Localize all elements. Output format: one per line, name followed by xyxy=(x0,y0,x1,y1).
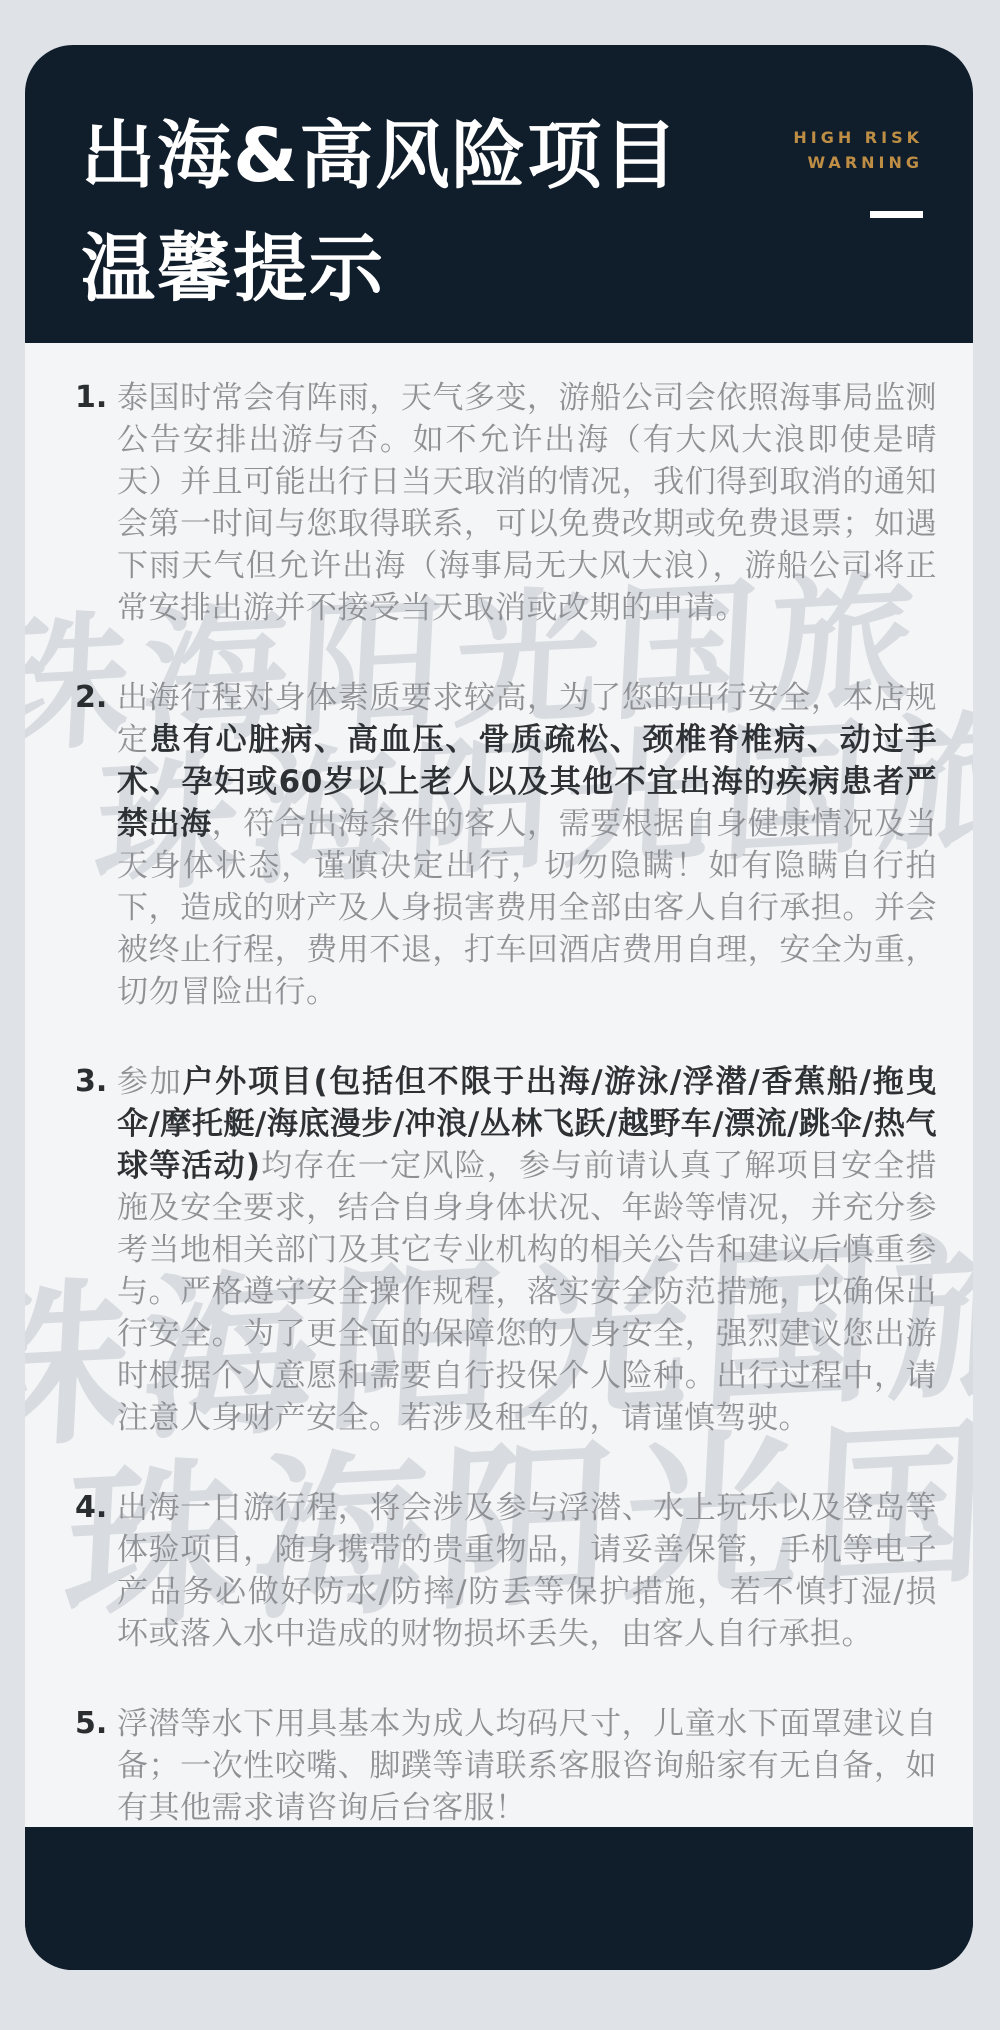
high-risk-badge: HIGH RISK WARNING xyxy=(793,125,923,175)
item-number: 1. xyxy=(75,377,107,419)
item-text-regular: 出海一日游行程，将会涉及参与浮潜、水上玩乐以及登岛等体验项目，随身携带的贵重物品… xyxy=(117,1490,937,1652)
item-number: 2. xyxy=(75,677,107,719)
item-text: 浮潜等水下用具基本为成人均码尺寸，儿童水下面罩建议自备；一次性咬嘴、脚蹼等请联系… xyxy=(117,1703,937,1827)
badge-line-1: HIGH RISK xyxy=(793,125,923,150)
item-text-regular: 参加 xyxy=(117,1064,182,1100)
item-text: 出海一日游行程，将会涉及参与浮潜、水上玩乐以及登岛等体验项目，随身携带的贵重物品… xyxy=(117,1487,937,1655)
notice-item: 4.出海一日游行程，将会涉及参与浮潜、水上玩乐以及登岛等体验项目，随身携带的贵重… xyxy=(25,1487,973,1655)
item-text-regular: ，符合出海条件的客人，需要根据自身健康情况及当天身体状态，谨慎决定出行，切勿隐瞒… xyxy=(117,806,937,1010)
item-text-regular: 浮潜等水下用具基本为成人均码尺寸，儿童水下面罩建议自备；一次性咬嘴、脚蹼等请联系… xyxy=(117,1706,937,1826)
header-dash xyxy=(870,211,923,218)
badge-line-2: WARNING xyxy=(793,150,923,175)
notice-item: 2.出海行程对身体素质要求较高，为了您的出行安全，本店规定患有心脏病、高血压、骨… xyxy=(25,677,973,1013)
notice-item: 3.参加户外项目(包括但不限于出海/游泳/浮潜/香蕉船/拖曳伞/摩托艇/海底漫步… xyxy=(25,1061,973,1439)
item-number: 5. xyxy=(75,1703,107,1745)
page-title: 出海&高风险项目 温馨提示 xyxy=(81,100,680,326)
item-text: 泰国时常会有阵雨，天气多变，游船公司会依照海事局监测公告安排出游与否。如不允许出… xyxy=(117,377,937,629)
notice-card: 出海&高风险项目 温馨提示 HIGH RISK WARNING 珠海阳光国旅 珠… xyxy=(25,45,973,1970)
item-text: 参加户外项目(包括但不限于出海/游泳/浮潜/香蕉船/拖曳伞/摩托艇/海底漫步/冲… xyxy=(117,1061,937,1439)
item-number: 3. xyxy=(75,1061,107,1103)
notice-list: 1.泰国时常会有阵雨，天气多变，游船公司会依照海事局监测公告安排出游与否。如不允… xyxy=(25,343,973,1827)
notice-item: 1.泰国时常会有阵雨，天气多变，游船公司会依照海事局监测公告安排出游与否。如不允… xyxy=(25,377,973,629)
notice-body: 珠海阳光国旅 珠海阳光国旅 珠海阳光国旅 珠海阳光国旅 1.泰国时常会有阵雨，天… xyxy=(25,343,973,1827)
footer-bar xyxy=(25,1827,973,1970)
item-text-regular: 泰国时常会有阵雨，天气多变，游船公司会依照海事局监测公告安排出游与否。如不允许出… xyxy=(117,380,937,626)
title-line-1: 出海&高风险项目 xyxy=(81,100,680,213)
item-text-regular: 均存在一定风险，参与前请认真了解项目安全措施及安全要求，结合自身身体状况、年龄等… xyxy=(117,1148,937,1436)
item-text: 出海行程对身体素质要求较高，为了您的出行安全，本店规定患有心脏病、高血压、骨质疏… xyxy=(117,677,937,1013)
notice-item: 5.浮潜等水下用具基本为成人均码尺寸，儿童水下面罩建议自备；一次性咬嘴、脚蹼等请… xyxy=(25,1703,973,1827)
page-background: 出海&高风险项目 温馨提示 HIGH RISK WARNING 珠海阳光国旅 珠… xyxy=(0,0,1000,2030)
item-number: 4. xyxy=(75,1487,107,1529)
title-line-2: 温馨提示 xyxy=(81,213,680,326)
